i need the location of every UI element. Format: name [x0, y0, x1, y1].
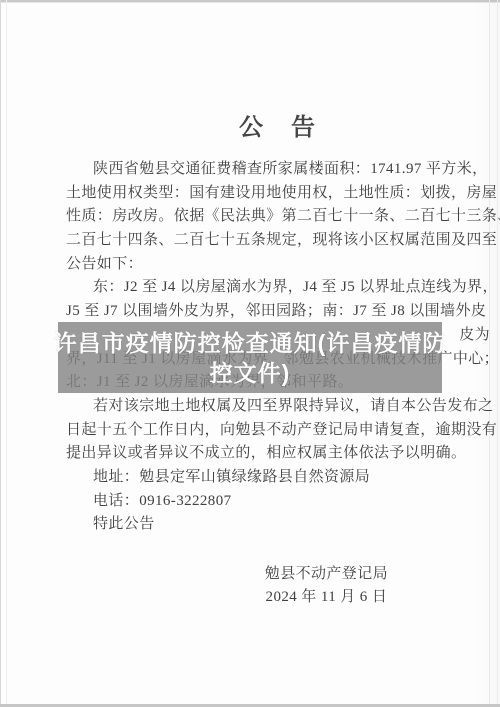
- photo-left-edge: [0, 0, 1, 707]
- doc-line: J5 至 J7 以围墙外皮为界，邻田园路；南：J7 至 J8 以围墙外皮: [66, 300, 490, 324]
- issuing-authority: 勉县不动产登记局: [265, 563, 388, 586]
- doc-line-phone: 电话：0916-3222807: [66, 490, 490, 514]
- photo-top-edge: [0, 0, 500, 2]
- doc-line: 日起十五个工作日内，向勉县不动产登记局申请复查，逾期没有: [66, 419, 490, 443]
- doc-title: 公 告: [66, 107, 490, 142]
- signature-block: 勉县不动产登记局 2024 年 11 月 6 日: [265, 563, 388, 609]
- doc-line: 土地使用权类型：国有建设用地使用权，土地性质：划拨，房屋: [66, 182, 490, 206]
- issue-date: 2024 年 11 月 6 日: [265, 586, 388, 609]
- doc-line-address: 地址：勉县定军山镇绿缘路县自然资源局: [66, 466, 490, 490]
- doc-line-closing: 特此公告: [66, 513, 490, 537]
- headline-line-1: 许昌市疫情防控检查通知(许昌疫情防: [54, 328, 447, 358]
- headline-line-2: 控文件): [210, 358, 291, 388]
- photo-top-edge-soft: [0, 2, 500, 3]
- paper-left-crease: [6, 0, 7, 707]
- doc-line: 陕西省勉县交通征费稽查所家属楼面积：1741.97 平方米，: [66, 158, 490, 182]
- doc-line: 若对该宗地土地权属及四至界限持异议，请自本公告发布之: [66, 395, 490, 419]
- doc-line: 性质：房改房。依据《民法典》第二百七十一条、二百七十三条、: [66, 205, 490, 229]
- announcement-photo: 公 告 陕西省勉县交通征费稽查所家属楼面积：1741.97 平方米， 土地使用权…: [0, 0, 500, 707]
- doc-line: 公告如下：: [66, 253, 490, 277]
- doc-line: 二百七十四条、二百七十五条规定，现将该小区权属范围及四至: [66, 229, 490, 253]
- headline-overlay-banner: 许昌市疫情防控检查通知(许昌疫情防 控文件): [58, 322, 442, 393]
- doc-line: 东：J2 至 J4 以房屋滴水为界，J4 至 J5 以界址点连线为界，: [66, 276, 490, 300]
- doc-line: 提出异议或者异议不成立的，相应权属主体依法予以明确。: [66, 442, 490, 466]
